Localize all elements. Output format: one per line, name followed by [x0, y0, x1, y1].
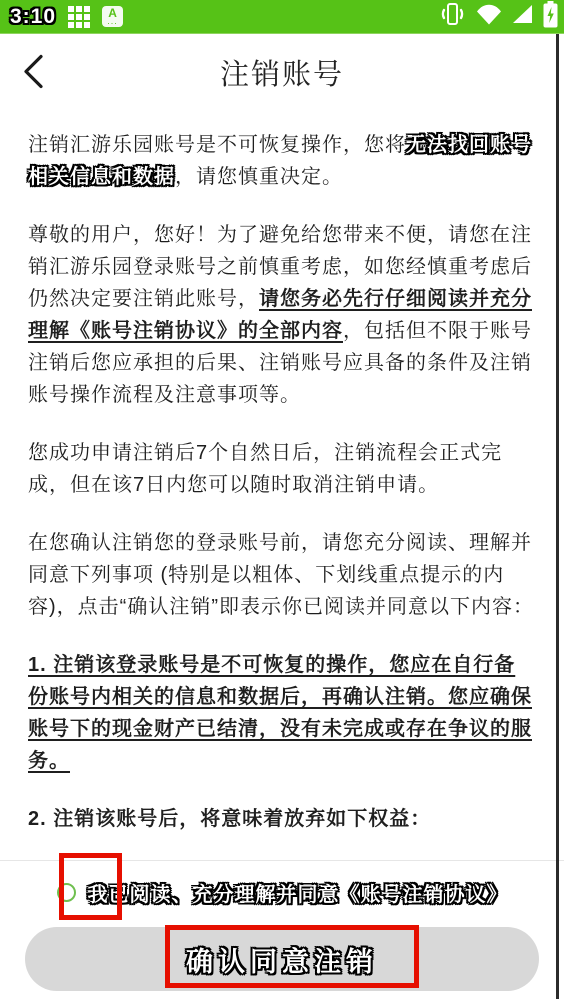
p1-text-end: ，请您慎重决定。: [175, 166, 343, 188]
paragraph-confirm-notice: 在您确认注销您的登录账号前，请您充分阅读、理解并同意下列事项 (特别是以粗体、下…: [28, 527, 536, 623]
list-item-1: 1. 注销该登录账号是不可恢复的操作，您应在自行备份账号内相关的信息和数据后，再…: [28, 649, 536, 777]
agree-radio[interactable]: [57, 883, 76, 902]
battery-charging-icon: [543, 1, 558, 33]
scrollbar[interactable]: [556, 34, 559, 999]
confirm-cancel-account-button[interactable]: 确认同意注销: [25, 927, 539, 991]
agree-row: 我已阅读、充分理解并同意《账号注销协议》: [0, 875, 564, 909]
back-button[interactable]: [14, 45, 52, 100]
ime-dots: ...: [107, 17, 118, 26]
header: 注销账号: [0, 34, 564, 111]
page-title: 注销账号: [220, 52, 344, 93]
paragraph-seven-days: 您成功申请注销后7个自然日后，注销流程会正式完成，但在该7日内您可以随时取消注销…: [28, 437, 536, 501]
wifi-icon: [476, 4, 502, 30]
vibrate-icon: [439, 3, 466, 30]
cellular-signal-icon: [512, 5, 533, 29]
status-bar: 3:10 A ...: [0, 0, 564, 34]
p1-text: 注销汇游乐园账号是不可恢复操作，您将: [28, 134, 406, 156]
clock: 3:10: [10, 5, 56, 29]
list-item-2: 2. 注销该账号后，将意味着放弃如下权益：: [28, 803, 536, 835]
confirm-button-label: 确认同意注销: [186, 940, 378, 979]
status-bar-left: 3:10 A ...: [10, 5, 123, 29]
status-bar-right: [439, 1, 558, 33]
agree-label[interactable]: 我已阅读、充分理解并同意《账号注销协议》: [88, 878, 508, 907]
app-grid-icon: [68, 6, 90, 28]
content-area: 注销汇游乐园账号是不可恢复操作，您将无法找回账号相关信息和数据，请您慎重决定。 …: [0, 111, 564, 835]
back-chevron-icon: [22, 77, 44, 92]
ime-a-icon: A ...: [102, 6, 123, 27]
screen: 3:10 A ...: [0, 0, 564, 999]
footer: 我已阅读、充分理解并同意《账号注销协议》 确认同意注销: [0, 860, 564, 999]
paragraph-dear-user: 尊敬的用户，您好！为了避免给您带来不便，请您在注销汇游乐园登录账号之前慎重考虑，…: [28, 219, 536, 411]
paragraph-irreversible-warning: 注销汇游乐园账号是不可恢复操作，您将无法找回账号相关信息和数据，请您慎重决定。: [28, 129, 536, 193]
